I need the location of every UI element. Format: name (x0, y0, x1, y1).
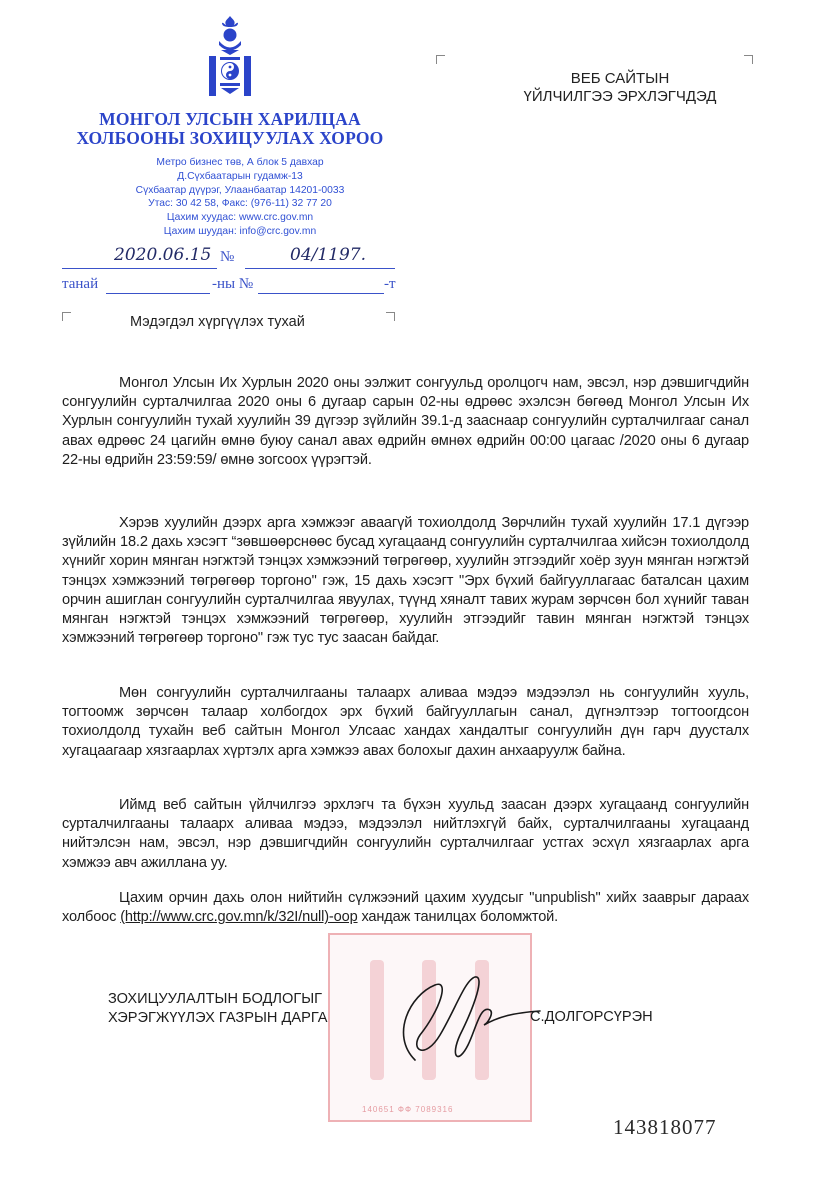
number-underline (245, 268, 395, 269)
signatory-name: С.ДОЛГОРСҮРЭН (530, 1009, 653, 1025)
signatory-title: ЗОХИЦУУЛАЛТЫН БОДЛОГЫГ ХЭРЭГЖҮҮЛЭХ ГАЗРЫ… (108, 990, 327, 1028)
outgoing-reference-row: 2020.06.15 № 04/1197. (62, 247, 395, 269)
corner-mark (744, 55, 753, 64)
organization-name: МОНГОЛ УЛСЫН ХАРИЛЦАА ХОЛБООНЫ ЗОХИЦУУЛА… (60, 110, 400, 148)
recipient-block: ВЕБ САЙТЫН ҮЙЛЧИЛГЭЭ ЭРХЛЭГЧДЭД (490, 70, 750, 106)
ny-number-label: -ны № (212, 276, 253, 293)
organization-address: Метро бизнес төв, А блок 5 давхар Д.Сүхб… (90, 156, 390, 239)
t-suffix: -т (384, 276, 396, 293)
org-name-line1: МОНГОЛ УЛСЫН ХАРИЛЦАА (60, 110, 400, 129)
handwritten-date: 2020.06.15 (114, 245, 211, 265)
address-line: Д.Сүхбаатарын гудамж-13 (90, 170, 390, 184)
body-paragraph-1: Монгол Улсын Их Хурлын 2020 оны ээлжит с… (62, 374, 749, 470)
soyombo-emblem-icon (205, 14, 255, 102)
corner-mark (386, 312, 395, 321)
body-paragraph-4: Иймд веб сайтын үйлчилгээ эрхлэгч та бүх… (62, 796, 749, 873)
body-paragraph-2: Хэрэв хуулийн дээрх арга хэмжээг аваагүй… (62, 514, 749, 648)
number-sign: № (220, 249, 234, 266)
recipient-line1: ВЕБ САЙТЫН (490, 70, 750, 88)
phone-fax-line: Утас: 30 42 58, Факс: (976-11) 32 77 20 (90, 197, 390, 211)
recipient-line2: ҮЙЛЧИЛГЭЭ ЭРХЛЭГЧДЭД (490, 88, 750, 106)
address-line: Сүхбаатар дүүрэг, Улаанбаатар 14201-0033 (90, 184, 390, 198)
body-paragraph-5: Цахим орчин дахь олон нийтийн сүлжээний … (62, 889, 749, 927)
body-paragraph-3: Мөн сонгуулийн сурталчилгааны талаарх ал… (62, 684, 749, 761)
your-date-underline (106, 293, 210, 294)
email-line: Цахим шуудан: info@crc.gov.mn (90, 225, 390, 239)
handwritten-signature-icon (380, 965, 545, 1075)
corner-mark (436, 55, 445, 64)
address-line: Метро бизнес төв, А блок 5 давхар (90, 156, 390, 170)
your-number-underline (258, 293, 384, 294)
website-line: Цахим хуудас: www.crc.gov.mn (90, 211, 390, 225)
stamp-number: 140651 ФФ 7089316 (362, 1105, 453, 1114)
org-name-line2: ХОЛБООНЫ ЗОХИЦУУЛАХ ХОРОО (60, 129, 400, 148)
incoming-reference-row: танай -ны № -т (62, 276, 395, 298)
your-label: танай (62, 276, 98, 293)
serial-number: 143818077 (613, 1115, 717, 1140)
date-underline (62, 268, 217, 269)
unpublish-guide-link[interactable]: (http://www.crc.gov.mn/k/32I/null)-оор (120, 909, 357, 925)
corner-mark (62, 312, 71, 321)
letter-subject: Мэдэгдэл хүргүүлэх тухай (130, 314, 305, 330)
handwritten-number: 04/1197. (290, 245, 366, 265)
